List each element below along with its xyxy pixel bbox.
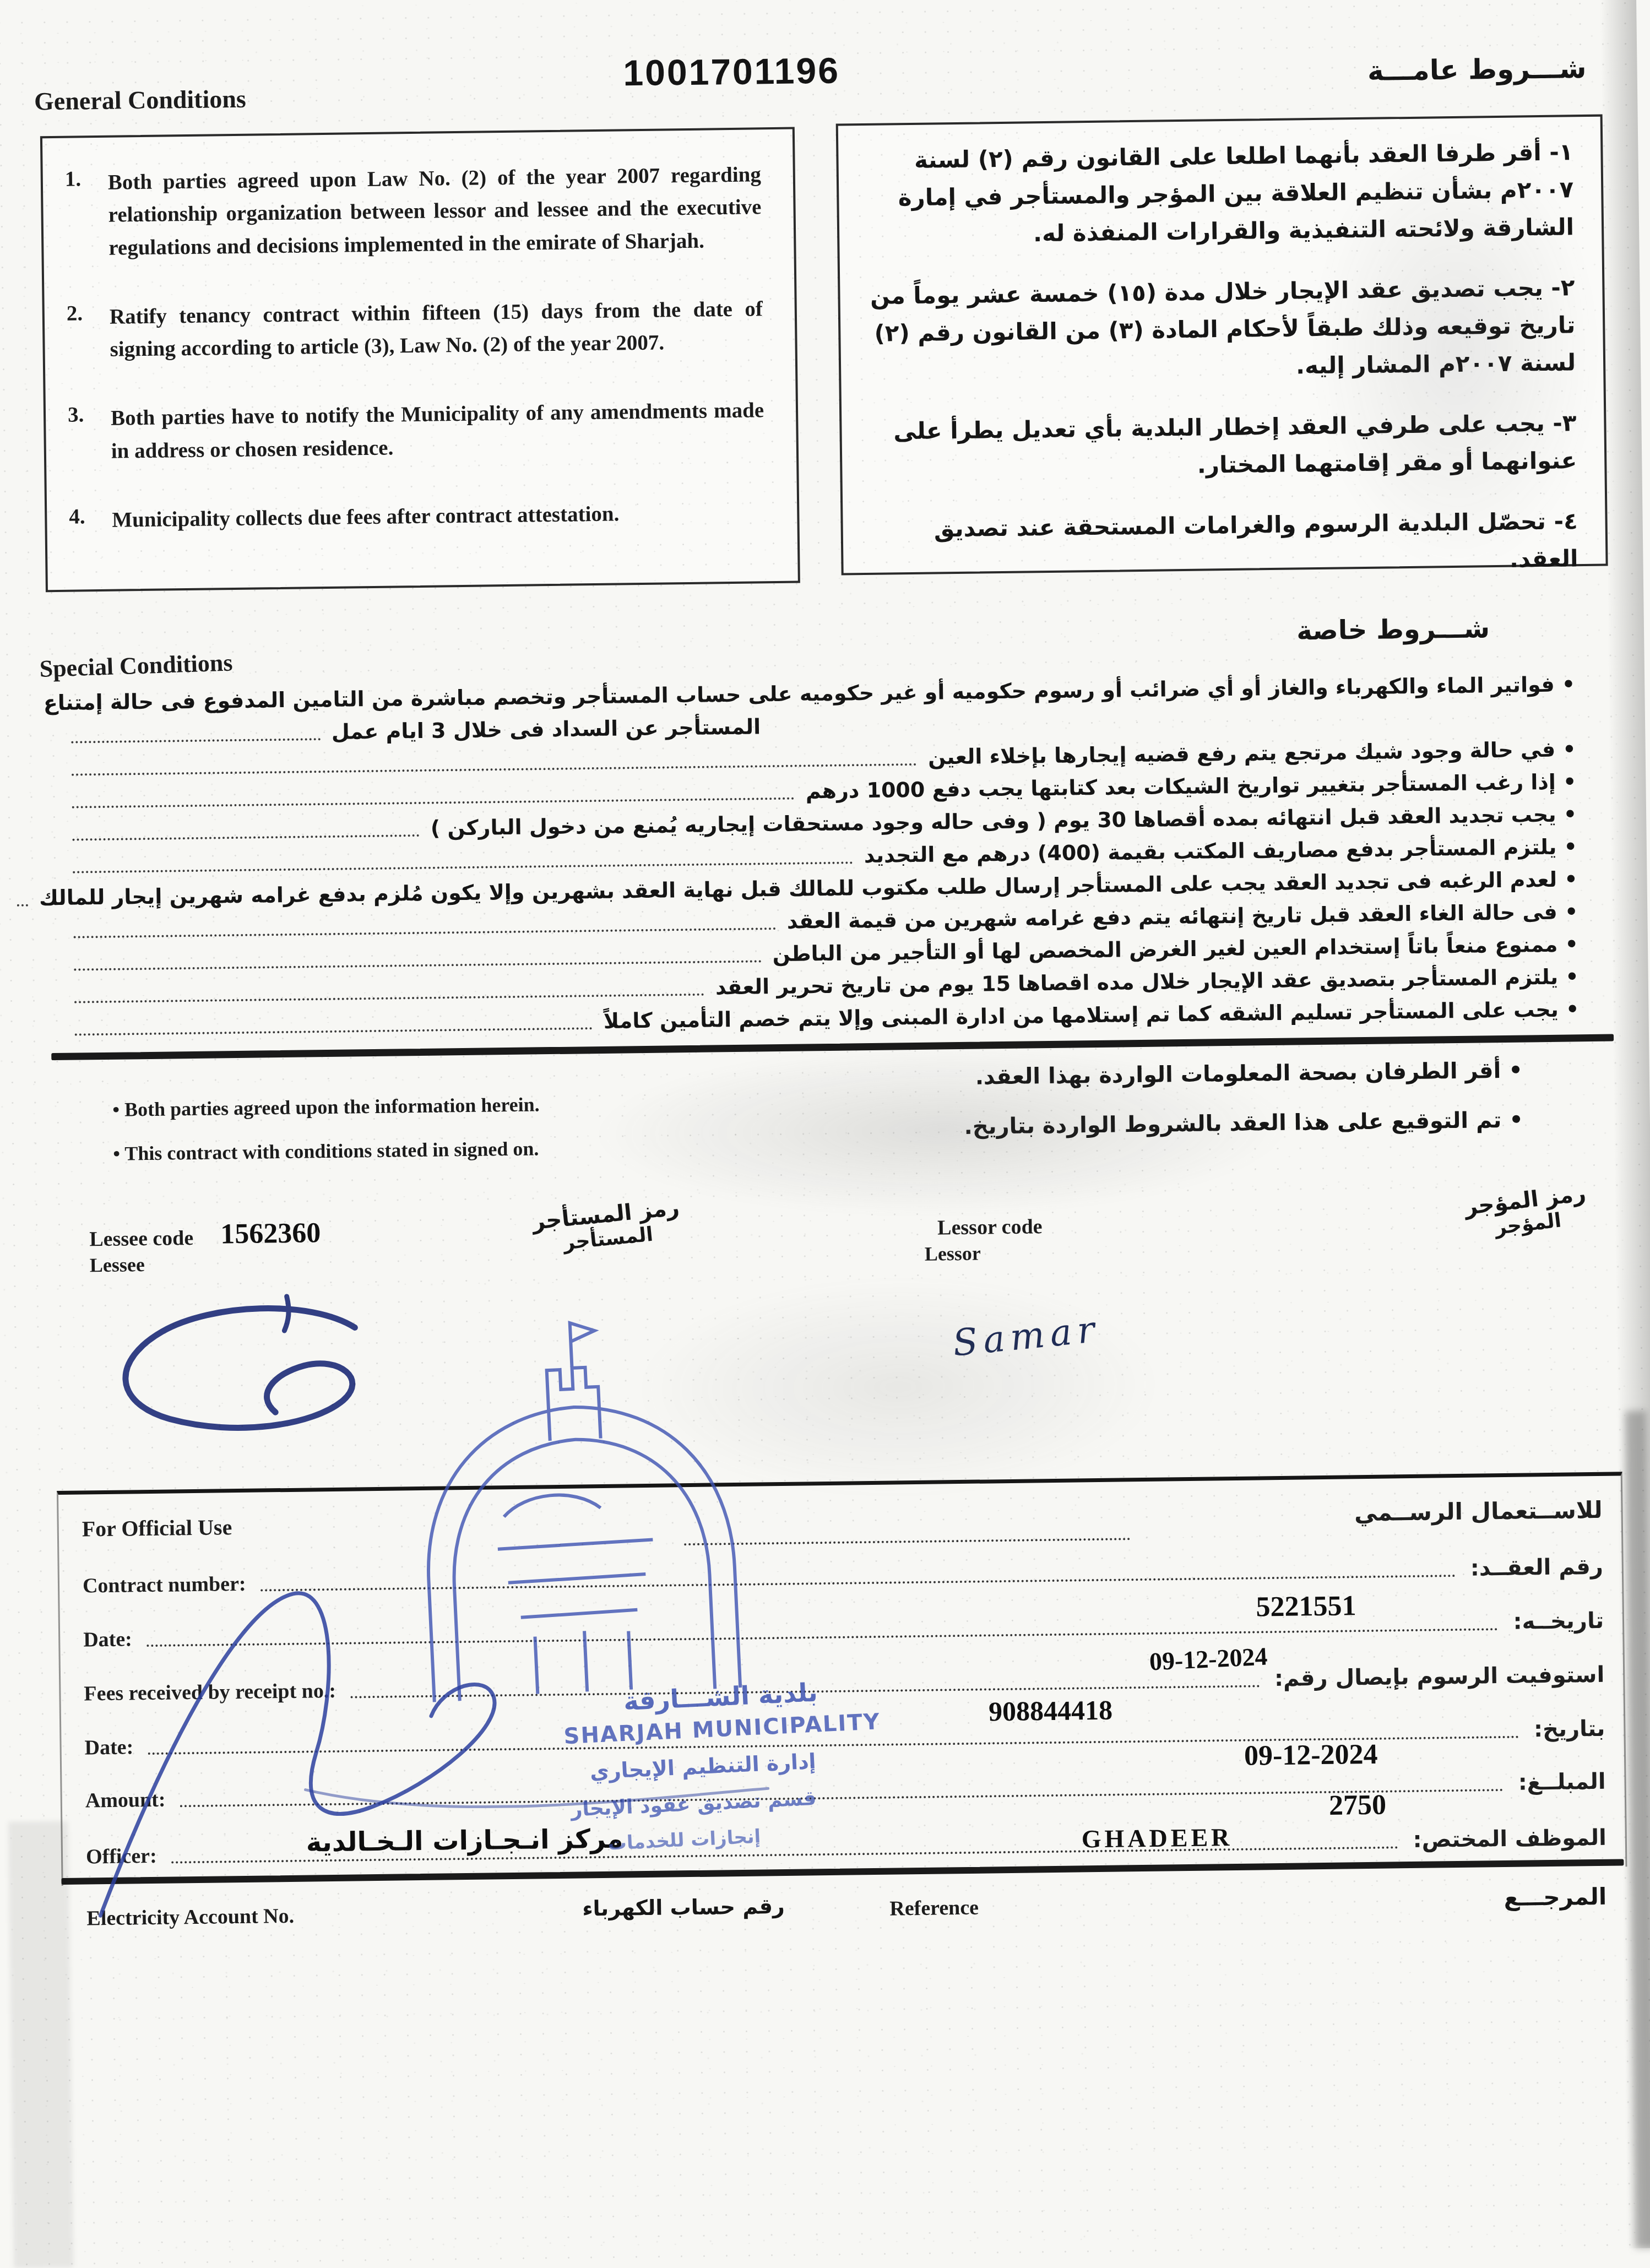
stamp-center-line: إنجازات للخدمات: [607, 1826, 761, 1855]
officer-signature-ink: [96, 1587, 769, 1916]
stamp-section-line: قسم تصديق عقود الإيجار: [569, 1787, 817, 1821]
municipality-stamp-emblem: [417, 1316, 740, 1702]
scanned-tenancy-contract-page: General Conditions 1001701196 شـــروط عا…: [0, 0, 1650, 2258]
stamp-org-english: SHARJAH MUNICIPALITY: [563, 1709, 881, 1749]
ink-overlay: بلدية الشـــارقة SHARJAH MUNICIPALITY إد…: [0, 0, 1650, 2258]
stamp-org-arabic: بلدية الشـــارقة: [623, 1677, 818, 1716]
lessee-signature-ink: [124, 1295, 356, 1429]
municipality-stamp-text: بلدية الشـــارقة SHARJAH MUNICIPALITY إد…: [562, 1674, 886, 1857]
stamp-department-line: إدارة التنظيم الإيجاري: [589, 1749, 817, 1784]
